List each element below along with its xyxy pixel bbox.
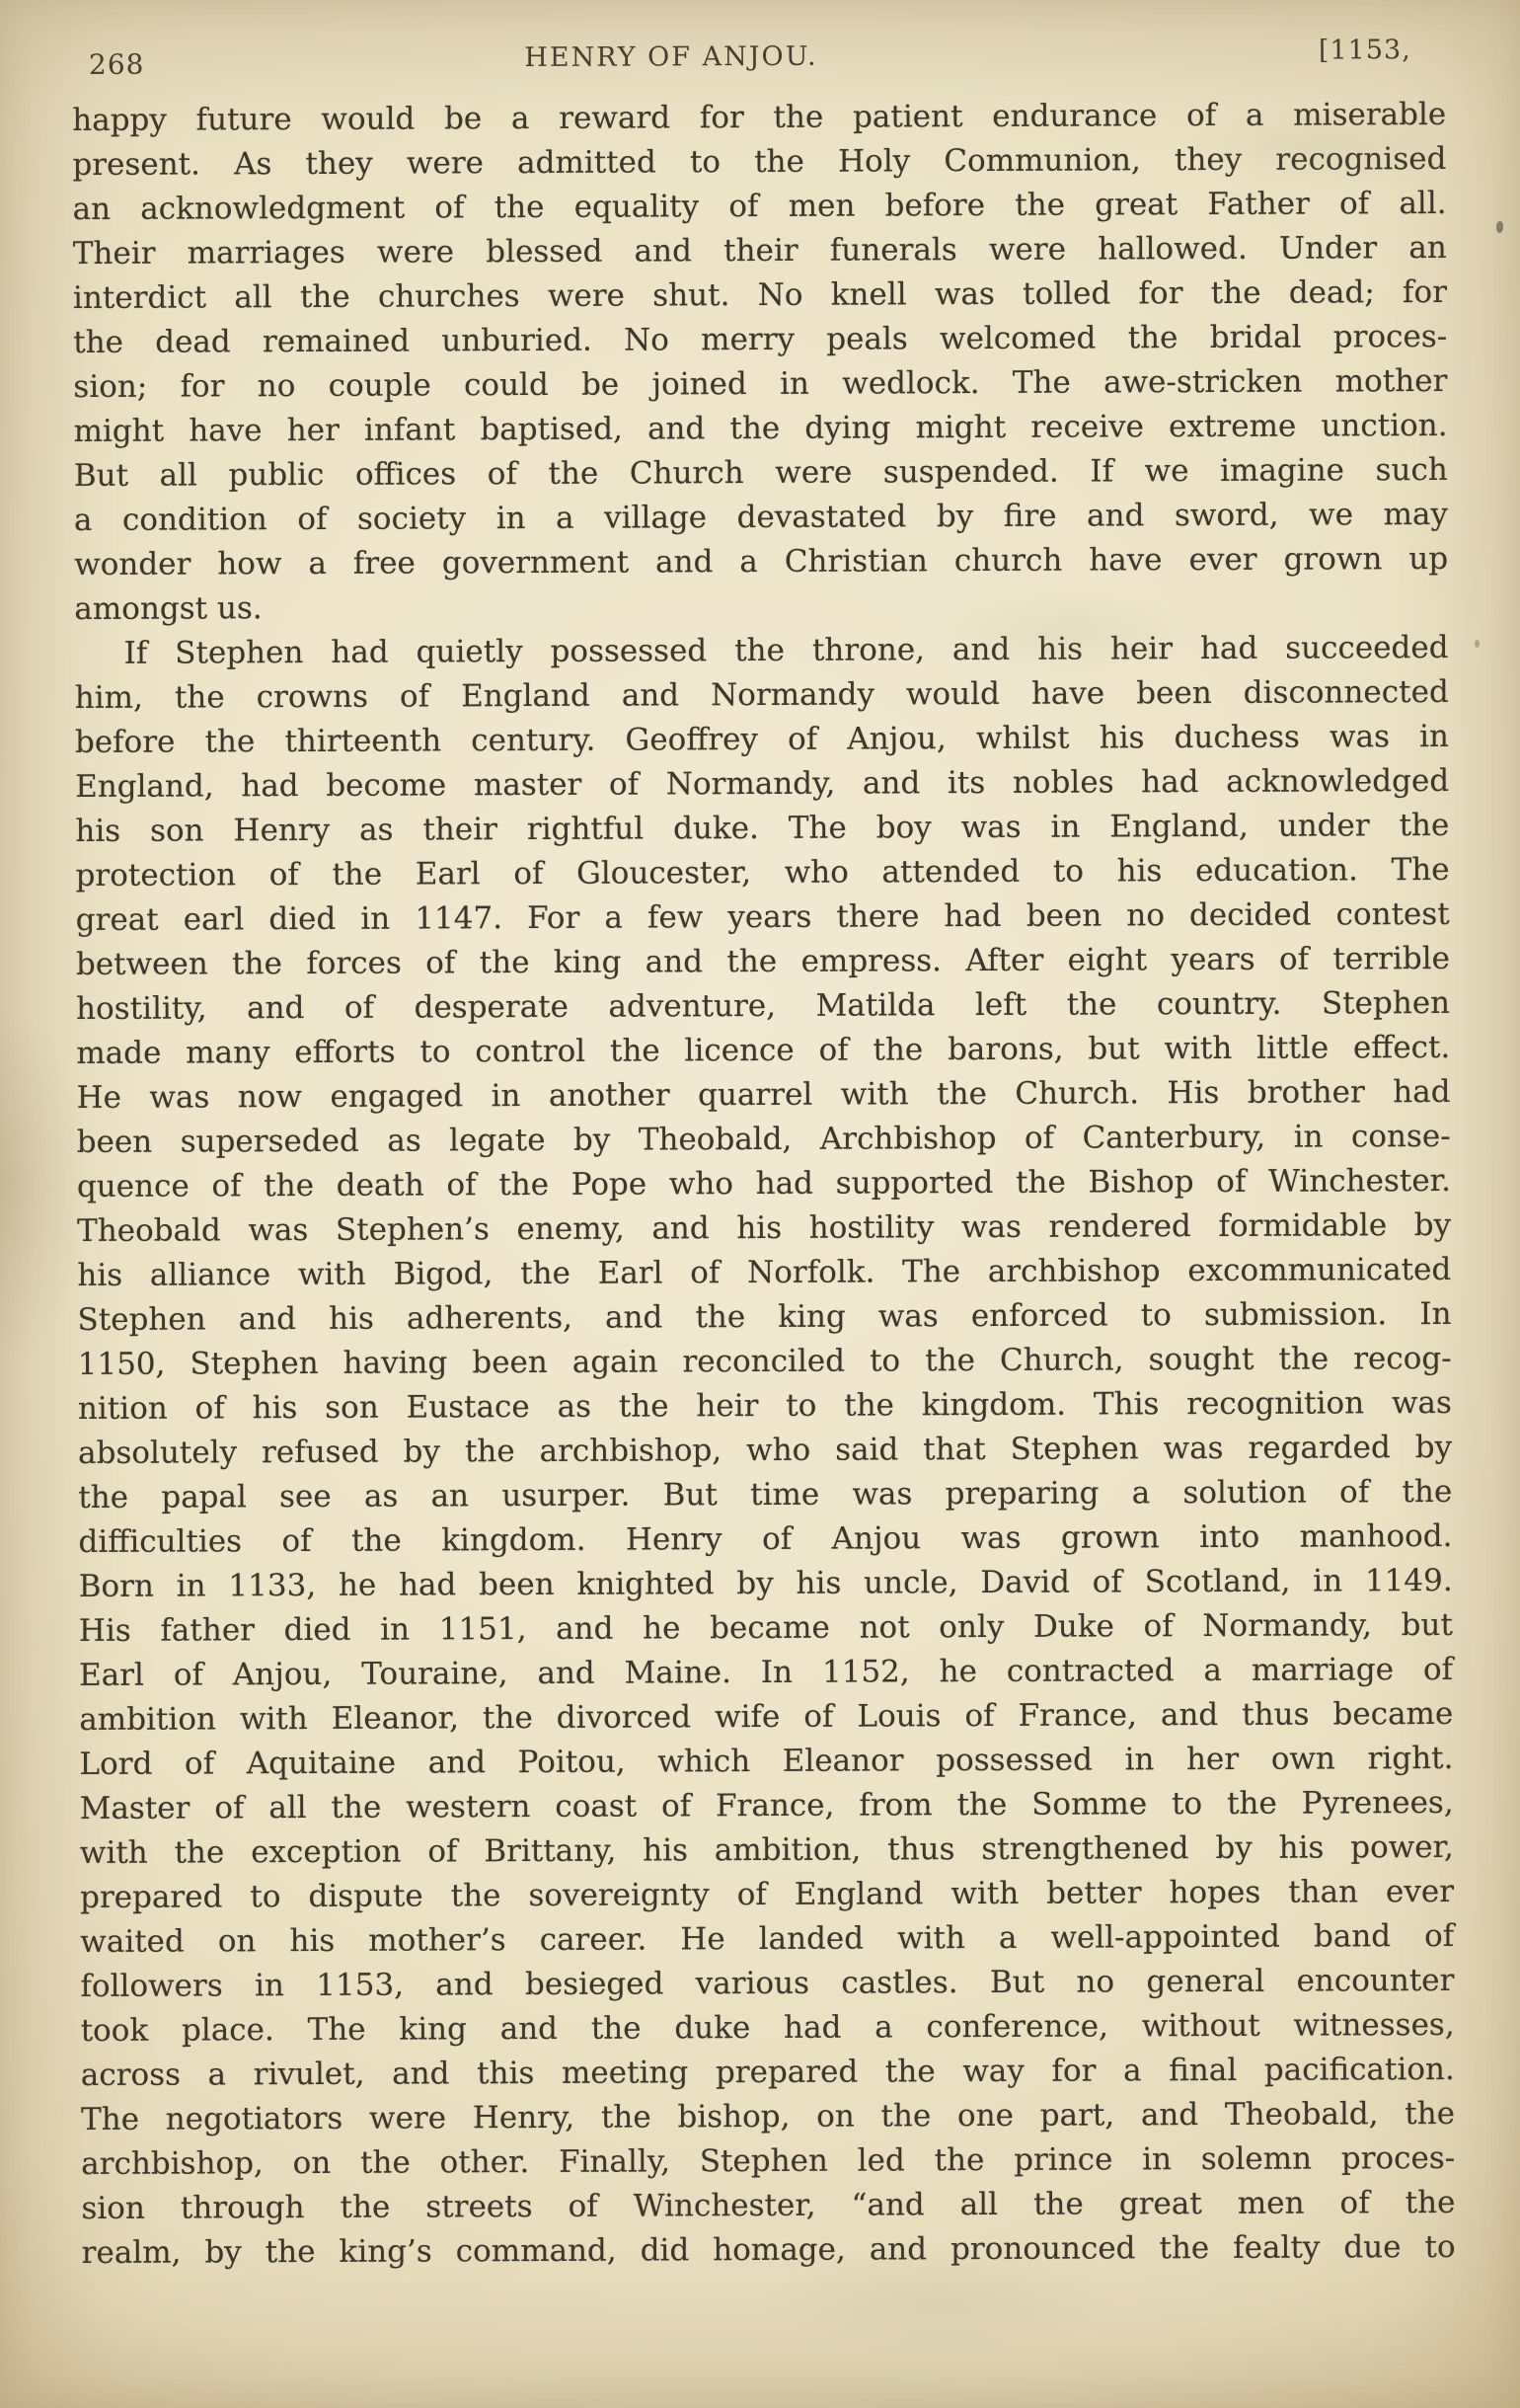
text-line: been superseded as legate by Theobald, A… (77, 1115, 1451, 1165)
text-line: If Stephen had quietly possessed the thr… (74, 626, 1448, 676)
text-line: Stephen and his adherents, and the king … (77, 1292, 1451, 1343)
text-line: ambition with Eleanor, the divorced wife… (79, 1692, 1453, 1743)
text-line: England, had become master of Normandy, … (75, 759, 1449, 810)
page-sheet: 268 HENRY OF ANJOU. [1153, happy future … (0, 0, 1520, 2408)
text-line: hostility, and of desperate adventure, M… (76, 981, 1450, 1032)
text-line: wonder how a free government and a Chris… (74, 537, 1448, 587)
text-line: Theobald was Stephen’s enemy, and his ho… (77, 1204, 1451, 1254)
text-line: realm, by the king’s command, did homage… (82, 2225, 1456, 2276)
text-line: Born in 1133, he had been knighted by hi… (79, 1559, 1453, 1609)
text-line: 1150, Stephen having been again reconcil… (78, 1337, 1452, 1387)
paragraph: happy future would be a reward for the p… (72, 93, 1448, 632)
text-line: difficulties of the kingdom. Henry of An… (78, 1515, 1452, 1565)
text-line: amongst us. (74, 582, 1448, 632)
text-line: quence of the death of the Pope who had … (77, 1159, 1451, 1209)
text-line: Their marriages were blessed and their f… (73, 226, 1447, 276)
text-line: absolutely refused by the archbishop, wh… (78, 1426, 1452, 1476)
text-line: a condition of society in a village deva… (74, 493, 1448, 543)
text-line: followers in 1153, and besieged various … (80, 1959, 1454, 2009)
text-line: archbishop, on the other. Finally, Steph… (81, 2136, 1455, 2187)
text-line: his son Henry as their rightful duke. Th… (75, 804, 1449, 854)
text-line: prepared to dispute the sovereignty of E… (80, 1870, 1454, 1920)
text-line: His father died in 1151, and he became n… (79, 1603, 1453, 1654)
text-line: Lord of Aquitaine and Poitou, which Elea… (79, 1737, 1453, 1787)
text-line: took place. The king and the duke had a … (81, 2003, 1455, 2054)
text-line: an acknowledgment of the equality of men… (73, 182, 1447, 232)
text-line: Earl of Anjou, Touraine, and Maine. In 1… (79, 1648, 1453, 1698)
page-number: 268 (89, 48, 145, 81)
ink-speck (1475, 640, 1480, 648)
text-line: happy future would be a reward for the p… (72, 93, 1446, 143)
text-line: great earl died in 1147. For a few years… (76, 893, 1450, 943)
text-line: interdict all the churches were shut. No… (73, 271, 1447, 321)
text-line: between the forces of the king and the e… (76, 937, 1450, 987)
text-line: across a rivulet, and this meeting prepa… (81, 2048, 1455, 2098)
text-line: sion; for no couple could be joined in w… (73, 359, 1447, 410)
page-body: happy future would be a reward for the p… (72, 93, 1456, 2276)
text-line: might have her infant baptised, and the … (73, 404, 1447, 454)
text-line: the dead remained unburied. No merry pea… (73, 315, 1447, 365)
text-line: made many efforts to control the licence… (76, 1026, 1450, 1076)
text-line: protection of the Earl of Gloucester, wh… (75, 848, 1449, 898)
text-line: with the exception of Brittany, his ambi… (80, 1825, 1454, 1876)
text-line: the papal see as an usurper. But time wa… (78, 1470, 1452, 1520)
text-line: present. As they were admitted to the Ho… (72, 137, 1446, 188)
text-line: him, the crowns of England and Normandy … (75, 670, 1449, 721)
text-line: before the thirteenth century. Geoffrey … (75, 715, 1449, 765)
margin-year: [1153, (1319, 35, 1427, 65)
text-line: his alliance with Bigod, the Earl of Nor… (77, 1248, 1451, 1298)
text-line: sion through the streets of Winchester, … (81, 2181, 1455, 2231)
text-line: waited on his mother’s career. He landed… (80, 1914, 1454, 1965)
text-line: nition of his son Eustace as the heir to… (78, 1381, 1452, 1432)
text-line: He was now engaged in another quarrel wi… (76, 1070, 1450, 1121)
running-title: HENRY OF ANJOU. (494, 41, 849, 74)
text-line: Master of all the western coast of Franc… (80, 1781, 1454, 1831)
text-line: The negotiators were Henry, the bishop, … (81, 2092, 1455, 2142)
text-line: But all public offices of the Church wer… (74, 448, 1448, 499)
paragraph: If Stephen had quietly possessed the thr… (74, 626, 1455, 2276)
scanned-book-page: { "header": { "page_number": "268", "run… (0, 0, 1520, 2408)
